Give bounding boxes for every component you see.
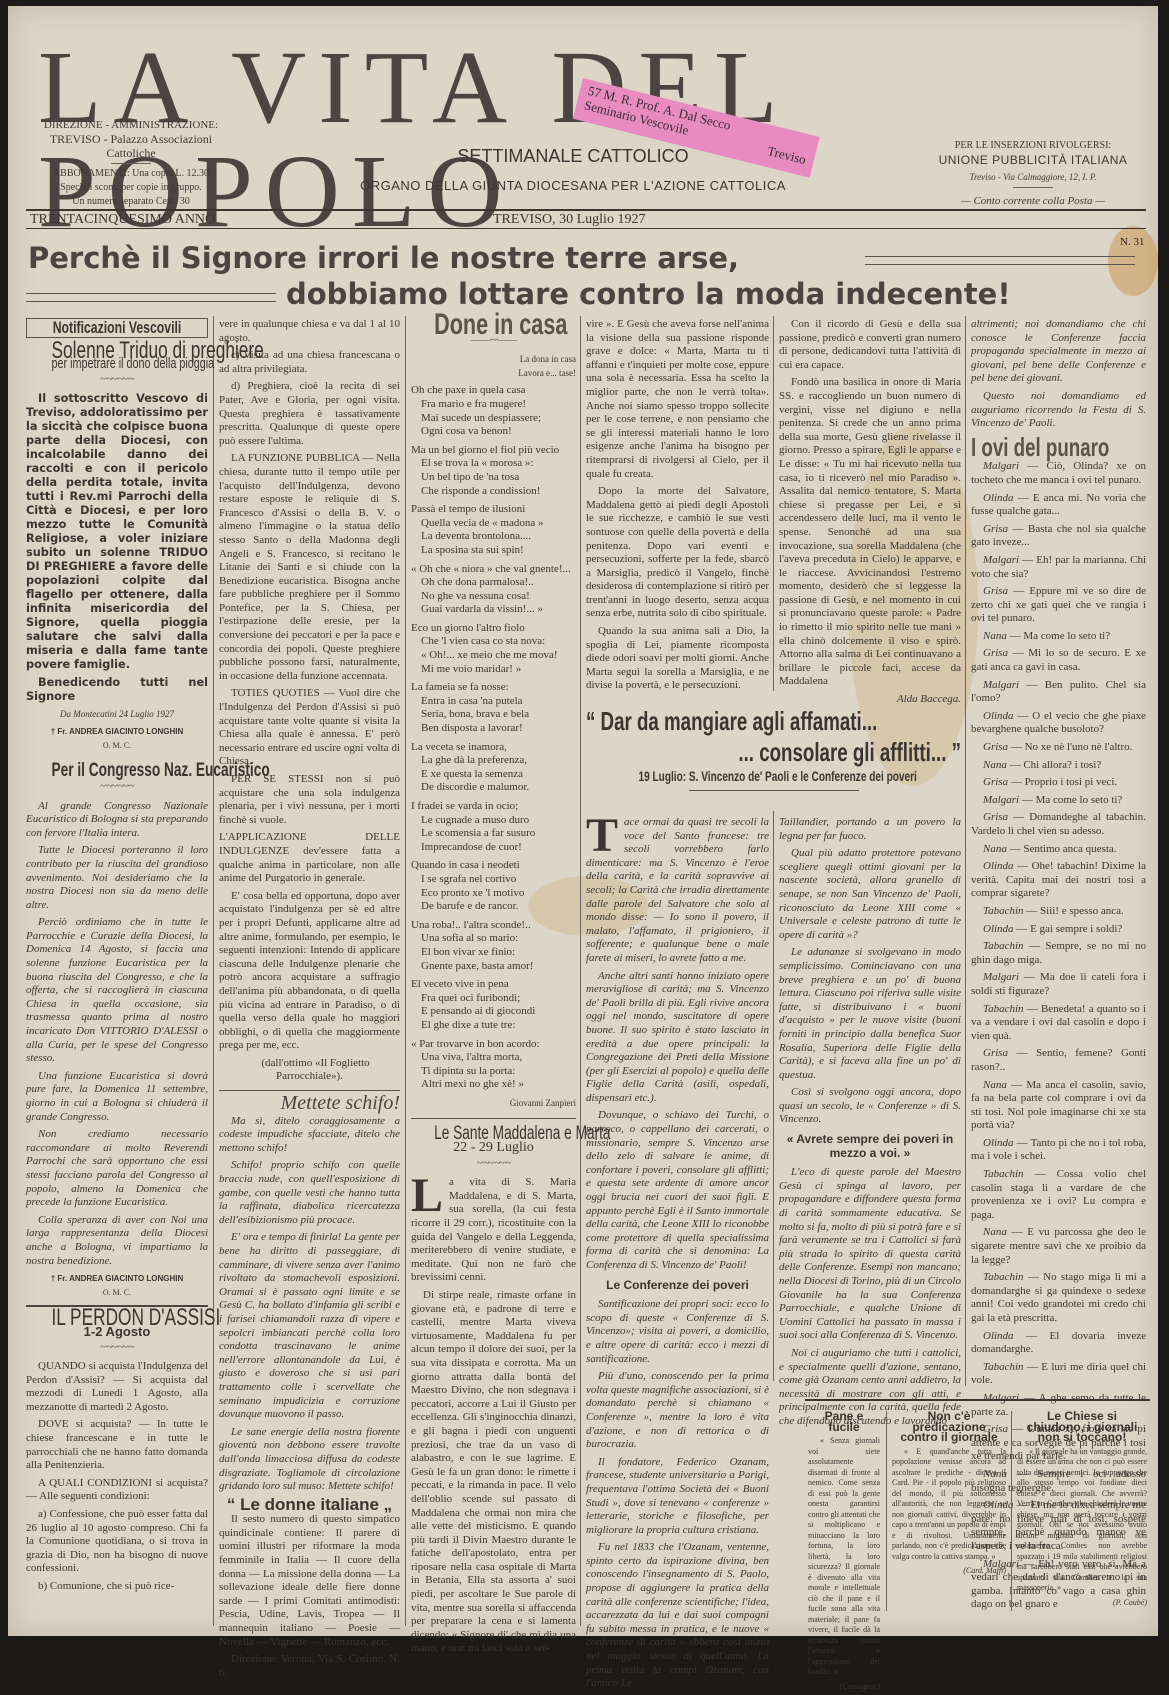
perdon-cont: d) Preghiera, cioè la recita di sei Pate… (219, 380, 400, 448)
headline-line-1: Perchè il Signore irrori le nostre terre… (28, 244, 739, 273)
dialogue-line: Tabachin — Siii! e spesso anca. (971, 905, 1146, 919)
box-rule (805, 1399, 1150, 1401)
poem-stanza: « Oh che « niora » che val gnente!...Oh … (411, 563, 576, 617)
ovi-title: I ovi del punaro (971, 441, 1097, 455)
vincenzo-cont: altrimenti; noi domandiamo che chi conos… (971, 318, 1146, 386)
sante-cont: Fondò una basilica in onore di Maria SS.… (779, 376, 961, 689)
poem-stanzas: Oh che paxe in quela casaFra mario e fra… (411, 384, 576, 1092)
schifo-paragraph: Le sane energie della nostra fiorente gi… (219, 1426, 400, 1494)
year-label: TRENTACINQUESIMO ANNO (30, 212, 215, 228)
speaker: Tabachin (983, 1168, 1024, 1180)
column-rule (405, 316, 406, 1626)
poem-stanza: La fameia se fa nosse:Entra in casa 'na … (411, 681, 576, 735)
poem-title: Done in casa (434, 318, 553, 332)
dialogue-line: Grisa — Sentio, femene? Gonti rason?.. (971, 1047, 1146, 1074)
direzione-label: DIREZIONE - AMMINISTRAZIONE: (26, 118, 236, 132)
sante-author: Alda Baccega. (779, 693, 961, 707)
rule (865, 264, 1135, 265)
ornament: ~·~~·~~·~ (411, 1157, 576, 1171)
poem-stanza: Ma un bel giorno el fiol più vecioEl se … (411, 444, 576, 498)
dialogue-line: Olinda — Ohe! tabachin! Dixime la verità… (971, 860, 1146, 901)
bishop-signature: † Fr. ANDREA GIACINTO LONGHIN (26, 725, 208, 739)
vincenzo-col-b: Taillandier, portando a un povero la leg… (779, 816, 961, 1433)
headline-line-2: dobbiamo lottare contro la moda indecent… (286, 280, 1011, 309)
header-rule (26, 209, 1146, 211)
speaker: Nana (983, 1226, 1007, 1238)
poem-stanza: El veceto vive in penaFra quei oci furib… (411, 978, 576, 1032)
epigraph: Lavora e... tase! (411, 367, 576, 381)
poem-line: Eco pronto xe 'l motivo (411, 887, 576, 901)
poem-line: Mai sucede un despiassere; (411, 412, 576, 426)
schifo-title: Mettete schifo! (219, 1097, 400, 1111)
poem-line: Seria, bona, brava e bela (411, 708, 576, 722)
perdon-title: IL PERDON D'ASSISI (51, 1311, 182, 1325)
poem-line: Oh che dona parmalosa!.. (411, 576, 576, 590)
column-4: vire ». E Gesù che aveva forse nell'anim… (586, 318, 769, 697)
poem-line: Entra in casa 'na putela (411, 695, 576, 709)
poem-line: Passà el tempo de ilusioni (411, 503, 576, 517)
dialogue-line: Tabachin — Benedeta! a quanto so i va a … (971, 1003, 1146, 1044)
poem-line: Che 'l vien casa co sta nova: (411, 635, 576, 649)
vincenzo-paragraph: Dovunque, o schiavo dei Turchi, o parroc… (586, 1109, 769, 1272)
poem-line: Una roba!.. l'altra sconde!.. (411, 919, 576, 933)
poem-stanza: I fradei se varda in ocio;Le cugnade a m… (411, 800, 576, 854)
quote-box-body: « Il giornale ha un vantaggio grande, di… (1017, 1447, 1147, 1594)
speaker: Olinda (983, 923, 1014, 935)
triduo-subtitle: per impetrare il dono della pioggia (51, 357, 182, 371)
vincenzo-paragraph: Più d'uno, conoscendo per la prima volta… (586, 1370, 769, 1452)
donne-italiane-title: “ Le donne italiane „ (219, 1498, 400, 1512)
right-info-box: PER LE INSERZIONI RIVOLGERSI: UNIONE PUB… (913, 139, 1153, 208)
dialogue-line: Olinda — E anca mi. No voria che fusse q… (971, 492, 1146, 519)
vincenzo-paragraph: Il fondatore, Federico Ozanam, francese,… (586, 1456, 769, 1538)
perdon-paragraph: DOVE si acquista? — In tutte le chiese f… (26, 1418, 208, 1472)
speaker: Nana (983, 630, 1007, 642)
congresso-title: Per il Congresso Naz. Eucaristico (51, 764, 182, 778)
quote-box-author: (Card. Maffi) (892, 1566, 1006, 1577)
per-se-stessi: PER SE STESSI non si può acquistare che … (219, 773, 400, 827)
vincenzo-paragraph: Qual più adatto protettore potevano sceg… (779, 847, 961, 942)
column-3: Done in casa ——·~·—— La dona in casa Lav… (411, 318, 576, 1653)
conferenze-subhead: Le Conferenze dei poveri (586, 1279, 769, 1293)
sante-cont: vire ». E Gesù che aveva forse nell'anim… (586, 318, 769, 481)
quote-box: Le Chiese si chiudono, i giornali non si… (1017, 1411, 1147, 1608)
poem-line: Imprecandose de cuor! (411, 841, 576, 855)
epigraph: La dona in casa (411, 353, 576, 367)
dateline: TREVISO, 30 Luglio 1927 (493, 212, 645, 228)
vincenzo-paragraph: Anche altri santi hanno iniziato opere m… (586, 970, 769, 1106)
column-rule (965, 316, 966, 1386)
poem-line: El se trova la « morosa »: (411, 457, 576, 471)
poem-line: La sposina sta sui spin! (411, 544, 576, 558)
poem-line: I fradei se varda in ocio; (411, 800, 576, 814)
newspaper-page: LA VITA DEL POPOLO 57 M. R. Prof. A. Dal… (8, 6, 1158, 1636)
column-2: vere in qualunque chiesa e va dal 1 al 1… (219, 318, 400, 1653)
speaker: Grisa (983, 1047, 1008, 1059)
ornament: ~·~~·~~·~ (26, 1341, 208, 1355)
column-1: Notificazioni Vescovili Solenne Triduo d… (26, 318, 208, 1598)
ornament: ~·~~·~~·~ (26, 780, 208, 794)
dialogue-line: Malgari — Eh! par la marianna. Chi voto … (971, 554, 1146, 581)
speaker: Tabachin (983, 1271, 1024, 1283)
signature-order: O. M. C. (26, 739, 208, 753)
dialogue-line: Grisa — No xe nè l'uno nè l'altro. (971, 741, 1146, 755)
vincenzo-col-a: Tace ormai da quasi tre secoli la voce d… (586, 816, 769, 1653)
speaker: Tabachin (983, 940, 1024, 952)
inserzioni-label: PER LE INSERZIONI RIVOLGERSI: (913, 139, 1153, 153)
column-rule (773, 811, 774, 1381)
drop-cap: T (586, 816, 618, 856)
speaker: Tabachin (983, 1003, 1024, 1015)
quote-box-body: « E quand'anche tutta la popolazione ven… (892, 1447, 1006, 1563)
poem-line: Altri mexi no ghe xè! » (411, 1078, 576, 1092)
poem-line: Fra mario e fra mugere! (411, 398, 576, 412)
dialogue-line: Malgari — Ben pulito. Chel sia l'omo? (971, 679, 1146, 706)
poem-line: Fra quei oci furibondi; (411, 992, 576, 1006)
dialogue-line: Malgari — Ma come lo seto ti? (971, 794, 1146, 808)
vincenzo-cont: Questo noi domandiamo ed auguriamo ricor… (971, 390, 1146, 431)
poem-line: Ogni cosa va benon! (411, 425, 576, 439)
speaker: Grisa (983, 585, 1008, 597)
speaker: Nana (983, 1079, 1007, 1091)
poem-line: E xe questa la semenza (411, 768, 576, 782)
poem-line: Ma un bel giorno el fiol più vecio (411, 444, 576, 458)
column-rule (1011, 1411, 1012, 1611)
sante-cont: Con il ricordo di Gesù e della sua passi… (779, 318, 961, 372)
poem-line: La ghe dà la preferenza, (411, 754, 576, 768)
dialogue-line: Nana — E vu parcossa ghe deo le sigarete… (971, 1226, 1146, 1267)
poem-line: Mi me voio maridar! » (411, 663, 576, 677)
conto-corrente: — Conto corrente colla Posta — (913, 194, 1153, 208)
group-discounts: Speciali sconti per copie in gruppo. (26, 181, 236, 195)
poem-stanza: Eco un giorno l'altro fioloChe 'l vien c… (411, 622, 576, 676)
sante-cont: Quando la sua anima salì a Dio, la spogl… (586, 625, 769, 693)
speaker: Tabachin (983, 1361, 1024, 1373)
poem-line: Gnente paxe, basta amor! (411, 960, 576, 974)
dialogue-line: Nana — Ma come lo seto ti? (971, 630, 1146, 644)
unione-pubblicita: UNIONE PUBBLICITÀ ITALIANA (913, 153, 1153, 167)
quote-box: Pane e fucile« Senza giornali voi siete … (808, 1411, 880, 1653)
congresso-paragraph: Tutte le Diocesi porteranno il loro cont… (26, 844, 208, 912)
poem-stanza: Una roba!.. l'altra sconde!..Una sofia a… (411, 919, 576, 973)
column-rule (886, 1411, 887, 1611)
dialogue-line: Grisa — Basta che nol sia qualche gato i… (971, 523, 1146, 550)
column-rule (773, 316, 774, 691)
poem-line: Oh che paxe in quela casa (411, 384, 576, 398)
speaker: Grisa (983, 523, 1008, 535)
sante-cont: Dopo la morte del Salvatore, Maddalena g… (586, 485, 769, 621)
poem-line: Guai vardarla da vissin!... » (411, 603, 576, 617)
dialogue-line: Tabachin — Cossa volio chel casolin stag… (971, 1168, 1146, 1222)
quote-box-body: « Senza giornali voi siete assolutamente… (808, 1436, 880, 1653)
dialogue-line: Grisa — Eppure mi ve so dire de zerto ch… (971, 585, 1146, 626)
quote-box-author: (P. Coubé) (1017, 1598, 1147, 1609)
column-rule (580, 316, 581, 1626)
poem-stanza: « Par trovarve in bon acordo:Una viva, l… (411, 1038, 576, 1092)
vincenzo-paragraph: Taillandier, portando a un povero la leg… (779, 816, 961, 843)
header-rule (26, 228, 1146, 229)
organ-line: ORGANO DELLA GIUNTA DIOCESANA PER L'AZIO… (308, 178, 838, 193)
dialogue-line: Olinda — O el vecio che ghe piaxe bevarg… (971, 710, 1146, 737)
poem-line: El veceto vive in pena (411, 978, 576, 992)
speaker: Malgari (983, 460, 1019, 472)
perdon-paragraph: b) Comunione, che si può rice- (26, 1580, 208, 1594)
perdon-paragraph: a) Confessione, che può esser fatta dal … (26, 1508, 208, 1576)
sede-address: TREVISO - Palazzo Associazioni Cattolich… (26, 132, 236, 160)
poem-stanza: Quando in casa i neodetiI se sgrafa nel … (411, 859, 576, 913)
poem-line: E pensando ai dì giocondi (411, 1005, 576, 1019)
poem-line: Quella vecia de « madona » (411, 517, 576, 531)
rule (865, 256, 1135, 257)
poem-line: Le scomensia a far susuro (411, 827, 576, 841)
subscription-price: ABBONAMENTI: Una copia L. 12.30 (26, 167, 236, 181)
speaker: Olinda (983, 860, 1014, 872)
schifo-paragraph: Schifo! proprio schifo con quelle bracci… (219, 1159, 400, 1227)
vincenzo-title-2: ... consolare gli afflitti... ” (691, 737, 961, 768)
speaker: Olinda (983, 1330, 1014, 1342)
poem-line: De barufe e de rancor. (411, 900, 576, 914)
dialogue-line: Grisa — Mi lo so de securo. E xe gati an… (971, 647, 1146, 674)
speaker: Malgari (983, 679, 1019, 691)
poem-line: Un bel tipo de 'na tosa (411, 471, 576, 485)
cosa-bella: E' cosa bella ed opportuna, dopo aver ac… (219, 890, 400, 1053)
dialogue-line: Tabachin — Sempre, se no mi no ghin dago… (971, 940, 1146, 967)
perdon-cont: vere in qualunque chiesa e va dal 1 al 1… (219, 318, 400, 345)
speaker: Malgari (983, 794, 1019, 806)
poem-line: No ghe va nessuna cosa! (411, 590, 576, 604)
issue-number: N. 31 (1120, 236, 1144, 248)
poem-line: « Oh!... xe meio che me mova! (411, 649, 576, 663)
congresso-paragraph: Colla speranza di aver con Noi una larga… (26, 1214, 208, 1268)
column-rule (213, 316, 214, 1626)
single-issue-price: Un numero separato Cent. 30 (26, 195, 236, 209)
vincenzo-paragraph: Così si svolgono oggi ancora, dopo quasi… (779, 1086, 961, 1127)
dialogue-line: Malgari — Ma doe li cateli fora i soldi … (971, 971, 1146, 998)
rule (26, 293, 276, 294)
speaker: Malgari (983, 1392, 1019, 1404)
dialogue-line: Malgari — Ciò, Olinda? xe on tocheto che… (971, 460, 1146, 487)
quote-box-title: Pane e fucile (808, 1411, 880, 1432)
poem-line: El bon vivar xe finio: (411, 946, 576, 960)
subtitle: SETTIMANALE CATTOLICO (338, 146, 808, 167)
dialogue-line: Grisa — Proprio i tosi pi veci. (971, 776, 1146, 790)
drop-cap: L (411, 1176, 443, 1216)
toties-quoties: TOTIES QUOTIES — Vuol dire che l'Indulge… (219, 687, 400, 769)
schifo-paragraph: Ma sì, ditelo coraggiosamente a codeste … (219, 1115, 400, 1156)
congresso-paragraph: Non crediamo necessario raccomandare ai … (26, 1128, 208, 1210)
dialogue-line: Nana — Ma anca el casolin, savio, fa na … (971, 1079, 1146, 1133)
poem-line: La deventa brontolona.... (411, 530, 576, 544)
speaker: Olinda (983, 1137, 1014, 1149)
triduo-closing: Benedicendo tutti nel Signore (26, 676, 208, 703)
vincenzo-title-1: “ Dar da mangiare agli affamati... (586, 706, 856, 737)
donne-paragraph: Il sesto numero di questo simpatico quin… (219, 1513, 400, 1649)
poem-line: Eco un giorno l'altro fiolo (411, 622, 576, 636)
dialogue-line: Tabachin — No stago miga lì mi a domanda… (971, 1271, 1146, 1325)
vincenzo-paragraph: L'eco di queste parole del Maestro Gesù … (779, 1166, 961, 1343)
speaker: Olinda (983, 492, 1014, 504)
congresso-paragraph: Al grande Congresso Nazionale Eucaristic… (26, 800, 208, 841)
poem-line: Una viva, l'altra morta, (411, 1051, 576, 1065)
sante-title: Le Sante Maddalena e Marta (434, 1127, 553, 1141)
poem-line: Le cugnade a muso duro (411, 814, 576, 828)
ornament: ~·~~·~~·~ (26, 373, 208, 387)
dialogue-line: Olinda — E gai sempre i soldi? (971, 923, 1146, 937)
speaker: Grisa (983, 647, 1008, 659)
poem-stanza: La veceta se inamora,La ghe dà la prefer… (411, 741, 576, 795)
vincenzo-subtitle: 19 Luglio: S. Vincenzo de' Paoli e le Co… (639, 768, 909, 784)
poem-line: La fameia se fa nosse: (411, 681, 576, 695)
triduo-place-date: Da Montecatini 24 Luglio 1927 (26, 708, 208, 722)
poem-line: Una sofia al so mario: (411, 932, 576, 946)
quote-box-title: Le Chiese si chiudono, i giornali non si… (1017, 1411, 1147, 1443)
poem-line: « Par trovarve in bon acordo: (411, 1038, 576, 1052)
poem-line: La veceta se inamora, (411, 741, 576, 755)
poem-author: Giovanni Zanpieri (411, 1097, 576, 1111)
dialogue-line: Grisa — Domandeghe al tabachin. Vardelo … (971, 811, 1146, 838)
poem-stanza: Passà el tempo de ilusioniQuella vecia d… (411, 503, 576, 557)
poem-stanza: Oh che paxe in quela casaFra mario e fra… (411, 384, 576, 438)
perdon-cont: c) Visita ad una chiesa francescana o ad… (219, 349, 400, 376)
quote-box: Non c'è predicazione contro il giornale«… (892, 1411, 1006, 1577)
left-info-box: DIREZIONE - AMMINISTRAZIONE: TREVISO - P… (26, 118, 236, 209)
vincenzo-paragraph: Le adunanze si svolgevano in modo sempli… (779, 946, 961, 1082)
poem-line: I se sgrafa nel cortivo (411, 873, 576, 887)
signature-order: O. M. C. (26, 1286, 208, 1300)
speaker: Grisa (983, 811, 1008, 823)
source-citation: (dall'ottimo «Il Foglietto Parrocchiale»… (219, 1057, 400, 1084)
speaker: Grisa (983, 741, 1008, 753)
vincenzo-quote: « Avrete sempre dei poveri in mezzo a vo… (779, 1133, 961, 1160)
poem-line: El ghe dixe a tute tre: (411, 1019, 576, 1033)
dialogue-line: Olinda — El dovaria inveze domandarghe. (971, 1330, 1146, 1357)
speaker: Grisa (983, 776, 1008, 788)
speaker: Malgari (983, 554, 1019, 566)
congresso-paragraph: Una funzione Eucaristica si dovrà pure f… (26, 1070, 208, 1124)
triduo-body: Il sottoscritto Vescovo di Treviso, addo… (26, 392, 208, 672)
perdon-paragraph: A QUALI CONDIZIONI si acquista? — Alle s… (26, 1477, 208, 1504)
poem-line: Ti dipinta su la porta: (411, 1065, 576, 1079)
quote-box-title: Non c'è predicazione contro il giornale (892, 1411, 1006, 1443)
dialogue-line: Nana — Chi allora? i tosi? (971, 759, 1146, 773)
speaker: Nana (983, 843, 1007, 855)
applicazione-indulgenze: L'APPLICAZIONE DELLE INDULGENZE dev'esse… (219, 831, 400, 885)
dialogue-line: Tabachin — E luri me diria quel chi vole… (971, 1361, 1146, 1388)
schifo-paragraph: E' ora e tempo di finirla! La gente per … (219, 1231, 400, 1421)
speaker: Nana (983, 759, 1007, 771)
poem-line: Ben disposta a lavorar! (411, 722, 576, 736)
poem-line: Che risponde a condission! (411, 485, 576, 499)
poem-line: Quando in casa i neodeti (411, 859, 576, 873)
vincenzo-paragraph: Santificazione dei propri soci: ecco lo … (586, 1298, 769, 1366)
unione-address: Treviso - Via Calmaggiore, 12, I. P. (913, 170, 1153, 184)
dialogue-line: Nana — Sentimo anca questa. (971, 843, 1146, 857)
bishop-signature: † Fr. ANDREA GIACINTO LONGHIN (26, 1272, 208, 1286)
poem-line: De discordie e malumor. (411, 781, 576, 795)
rule (26, 301, 276, 302)
vincenzo-headline: “ Dar da mangiare agli affamati... ... c… (586, 706, 961, 791)
poem-line: « Oh che « niora » che val gnente!... (411, 563, 576, 577)
dialogue-line: Olinda — Tanto pi che no i tol roba, ma … (971, 1137, 1146, 1164)
speaker: Tabachin (983, 905, 1024, 917)
speaker: Malgari (983, 971, 1019, 983)
congresso-paragraph: Perciò ordiniamo che in tutte le Parrocc… (26, 916, 208, 1066)
vincenzo-paragraph: Fu nel 1833 che l'Ozanam, ventenne, spin… (586, 1541, 769, 1653)
speaker: Olinda (983, 710, 1014, 722)
perdon-paragraph: QUANDO si acquista l'Indulgenza del Perd… (26, 1360, 208, 1414)
funzione-pubblica: LA FUNZIONE PUBBLICA — Nella chiesa, dur… (219, 452, 400, 683)
notificazioni-title: Notificazioni Vescovili (52, 321, 182, 335)
column-5: Con il ricordo di Gesù e della sua passi… (779, 318, 961, 707)
sante-paragraph: Di stirpe reale, rimaste orfane in giova… (411, 1289, 576, 1653)
